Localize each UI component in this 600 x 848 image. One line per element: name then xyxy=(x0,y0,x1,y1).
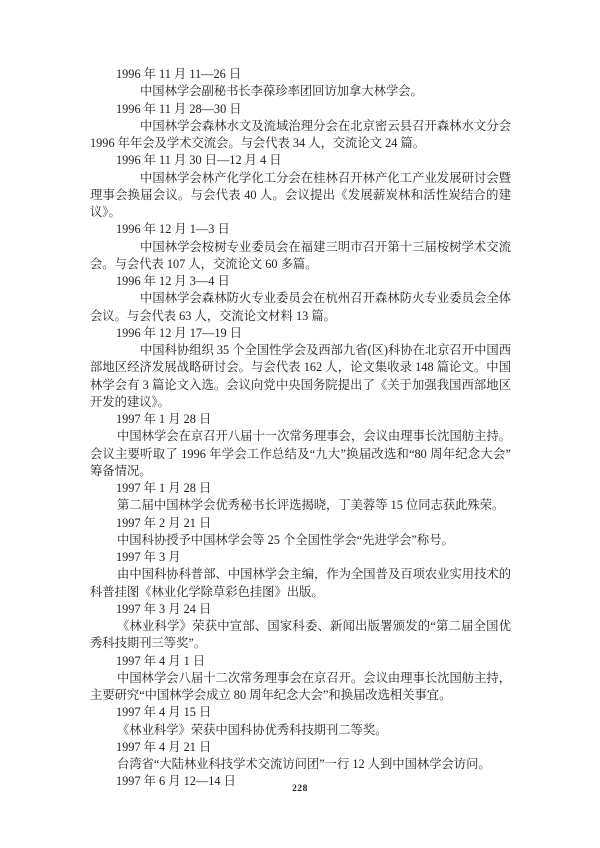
entry-date: 1997 年 4 月 21 日 xyxy=(90,739,511,756)
entry-text: 中国林学会在京召开八届十一次常务理事会，会议由理事长沈国舫主持。会议主要听取了 … xyxy=(90,428,511,480)
entry-text: 台湾省“大陆林业科技学术交流访问团”一行 12 人到中国林学会访问。 xyxy=(90,756,511,773)
chronicle-entry: 1996 年 11 月 28—30 日 中国林学会森林水文及流域治理分会在北京密… xyxy=(90,101,511,153)
chronicle-entry: 1996 年 12 月 17—19 日 中国科协组织 35 个全国性学会及西部九… xyxy=(90,325,511,411)
entry-date: 1997 年 3 月 xyxy=(90,549,511,566)
chronicle-content: 1996 年 11 月 11—26 日 中国林学会副秘书长李葆珍率团回访加拿大林… xyxy=(90,66,511,791)
entry-date: 1997 年 4 月 1 日 xyxy=(90,653,511,670)
entry-text: 中国科协组织 35 个全国性学会及西部九省(区)科协在北京召开中国西部地区经济发… xyxy=(90,342,511,411)
page-number: 228 xyxy=(0,784,600,794)
chronicle-entry: 1997 年 2 月 21 日 中国科协授予中国林学会等 25 个全国性学会“先… xyxy=(90,515,511,550)
entry-date: 1997 年 4 月 15 日 xyxy=(90,704,511,721)
entry-text: 中国林学会副秘书长李葆珍率团回访加拿大林学会。 xyxy=(90,83,511,100)
chronicle-entry: 1996 年 12 月 3—4 日 中国林学会森林防火专业委员会在杭州召开森林防… xyxy=(90,273,511,325)
entry-date: 1997 年 1 月 28 日 xyxy=(90,480,511,497)
entry-text: 中国林学会八届十二次常务理事会在京召开。会议由理事长沈国舫主持，主要研究“中国林… xyxy=(90,670,511,705)
entry-date: 1997 年 1 月 28 日 xyxy=(90,411,511,428)
chronicle-entry: 1997 年 3 月 由中国科协科普部、中国林学会主编，作为全国普及百项农业实用… xyxy=(90,549,511,601)
chronicle-entry: 1996 年 11 月 30 日—12 月 4 日 中国林学会林产化学化工分会在… xyxy=(90,152,511,221)
chronicle-entry: 1997 年 4 月 15 日 《林业科学》荣获中国科协优秀科技期刊二等奖。 xyxy=(90,704,511,739)
entry-text: 第二届中国林学会优秀秘书长评选揭晓，丁美蓉等 15 位同志获此殊荣。 xyxy=(90,497,511,514)
chronicle-entry: 1996 年 11 月 11—26 日 中国林学会副秘书长李葆珍率团回访加拿大林… xyxy=(90,66,511,101)
chronicle-entry: 1997 年 4 月 21 日 台湾省“大陆林业科技学术交流访问团”一行 12 … xyxy=(90,739,511,774)
entry-text: 中国科协授予中国林学会等 25 个全国性学会“先进学会”称号。 xyxy=(90,532,511,549)
chronicle-entry: 1997 年 4 月 1 日 中国林学会八届十二次常务理事会在京召开。会议由理事… xyxy=(90,653,511,705)
entry-date: 1997 年 2 月 21 日 xyxy=(90,515,511,532)
entry-text: 中国林学会森林防火专业委员会在杭州召开森林防火专业委员会全体会议。与会代表 63… xyxy=(90,290,511,325)
chronicle-entry: 1997 年 1 月 28 日 第二届中国林学会优秀秘书长评选揭晓，丁美蓉等 1… xyxy=(90,480,511,515)
document-page: 1996 年 11 月 11—26 日 中国林学会副秘书长李葆珍率团回访加拿大林… xyxy=(0,0,600,848)
entry-date: 1996 年 12 月 17—19 日 xyxy=(90,325,511,342)
chronicle-entry: 1996 年 12 月 1—3 日 中国林学会桉树专业委员会在福建三明市召开第十… xyxy=(90,221,511,273)
entry-date: 1996 年 12 月 3—4 日 xyxy=(90,273,511,290)
entry-date: 1996 年 12 月 1—3 日 xyxy=(90,221,511,238)
entry-text: 由中国科协科普部、中国林学会主编，作为全国普及百项农业实用技术的科普挂图《林业化… xyxy=(90,566,511,601)
entry-text: 中国林学会桉树专业委员会在福建三明市召开第十三届桉树学术交流会。与会代表 107… xyxy=(90,239,511,274)
entry-text: 《林业科学》荣获中国科协优秀科技期刊二等奖。 xyxy=(90,722,511,739)
entry-date: 1996 年 11 月 11—26 日 xyxy=(90,66,511,83)
entry-date: 1996 年 11 月 30 日—12 月 4 日 xyxy=(90,152,511,169)
entry-date: 1996 年 11 月 28—30 日 xyxy=(90,101,511,118)
entry-text: 中国林学会森林水文及流域治理分会在北京密云县召开森林水文分会 1996 年年会及… xyxy=(90,118,511,153)
entry-text: 中国林学会林产化学化工分会在桂林召开林产化工产业发展研讨会暨理事会换届会议。与会… xyxy=(90,170,511,222)
chronicle-entry: 1997 年 3 月 24 日 《林业科学》荣获中宣部、国家科委、新闻出版署颁发… xyxy=(90,601,511,653)
chronicle-entry: 1997 年 1 月 28 日 中国林学会在京召开八届十一次常务理事会，会议由理… xyxy=(90,411,511,480)
entry-text: 《林业科学》荣获中宣部、国家科委、新闻出版署颁发的“第二届全国优秀科技期刊三等奖… xyxy=(90,618,511,653)
entry-date: 1997 年 3 月 24 日 xyxy=(90,601,511,618)
